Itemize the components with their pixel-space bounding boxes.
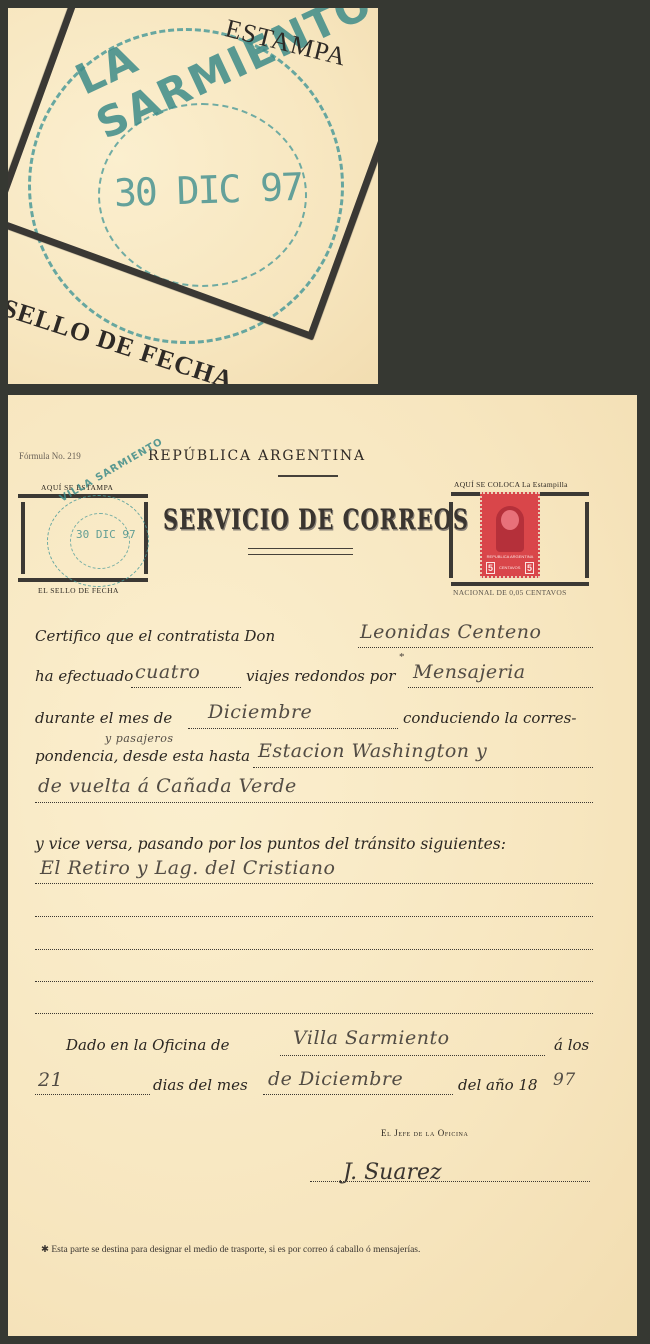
stamp-value-right: 5 bbox=[525, 562, 534, 574]
country-header: REPÚBLICA ARGENTINA bbox=[148, 448, 366, 464]
trip-count: cuatro bbox=[135, 661, 200, 683]
signature: J. Suarez bbox=[343, 1160, 442, 1185]
line-pondencia: pondencia, desde esta hasta bbox=[35, 747, 250, 765]
double-divider bbox=[248, 548, 353, 555]
line-del-ano: del año 18 bbox=[458, 1076, 538, 1094]
postage-box-label-top: AQUÍ SE COLOCA La Estampilla bbox=[454, 480, 568, 489]
stamp-country: REPUBLICA ARGENTINA bbox=[486, 554, 534, 559]
line-efectuado: ha efectuado bbox=[35, 667, 133, 685]
stamp-portrait-face bbox=[501, 510, 519, 530]
fill-line-trips bbox=[131, 687, 241, 688]
contractor-name: Leonidas Centeno bbox=[360, 621, 541, 643]
postmark-date: 30 DIC 97 bbox=[76, 528, 136, 541]
postage-box-label-bottom: NACIONAL DE 0,05 CENTAVOS bbox=[453, 588, 567, 597]
fill-line-day bbox=[35, 1094, 150, 1095]
transit-points: El Retiro y Lag. del Cristiano bbox=[40, 857, 335, 879]
destination-value: Estacion Washington y bbox=[258, 740, 487, 762]
service-title: SERVICIO DE CORREOS bbox=[163, 502, 469, 536]
fill-line-transit-5 bbox=[35, 1013, 593, 1014]
transport-mode: Mensajeria bbox=[413, 661, 526, 683]
postmark-inner-ring bbox=[70, 513, 130, 569]
postmark-detail-inset: LA SARMIENTO 30 DIC 97 ESTAMPA SELLO DE … bbox=[8, 8, 378, 384]
date-stamp-label-bottom: EL SELLO DE FECHA bbox=[38, 586, 119, 595]
line-a-los: á los bbox=[554, 1036, 589, 1054]
signature-title: El Jefe de la Oficina bbox=[381, 1128, 468, 1138]
form-number: Fórmula No. 219 bbox=[19, 451, 81, 461]
month-value-2: de Diciembre bbox=[268, 1068, 403, 1090]
fill-line-destination bbox=[253, 767, 593, 768]
footnote: ✱ Esta parte se destina para designar el… bbox=[41, 1244, 420, 1255]
fill-line-transit-2 bbox=[35, 916, 593, 917]
fill-line-month-2 bbox=[263, 1094, 453, 1095]
fill-line-transport bbox=[408, 687, 593, 688]
line-viajes: viajes redondos por bbox=[246, 667, 395, 685]
insert-pasajeros: y pasajeros bbox=[105, 732, 173, 745]
office-name: Villa Sarmiento bbox=[293, 1027, 450, 1049]
line-dias-del-mes: dias del mes bbox=[153, 1076, 248, 1094]
fill-line-month bbox=[188, 728, 398, 729]
fill-line-return bbox=[35, 802, 593, 803]
return-route: de vuelta á Cañada Verde bbox=[38, 775, 297, 797]
postage-stamp: REPUBLICA ARGENTINA 5 CENTAVOS 5 bbox=[480, 492, 540, 578]
fill-line-office bbox=[280, 1055, 545, 1056]
divider bbox=[278, 475, 338, 477]
fill-line-contractor bbox=[358, 647, 593, 648]
month-value: Diciembre bbox=[208, 701, 312, 723]
line-durante: durante el mes de bbox=[35, 709, 172, 727]
year-value: 97 bbox=[553, 1070, 576, 1090]
line-vice-versa: y vice versa, pasando por los puntos del… bbox=[35, 835, 506, 853]
stamp-denomination: CENTAVOS bbox=[499, 565, 520, 570]
fill-line-transit-4 bbox=[35, 981, 593, 982]
fill-line-transit-3 bbox=[35, 949, 593, 950]
fill-line-transit-1 bbox=[35, 883, 593, 884]
line-certifico: Certifico que el contratista Don bbox=[35, 627, 275, 645]
line-dado-en: Dado en la Oficina de bbox=[66, 1036, 230, 1054]
day-value: 21 bbox=[38, 1069, 63, 1091]
line-conduciendo: conduciendo la corres- bbox=[403, 709, 576, 727]
stamp-value-left: 5 bbox=[486, 562, 495, 574]
postal-service-certificate: Fórmula No. 219 REPÚBLICA ARGENTINA SERV… bbox=[8, 395, 637, 1336]
asterisk-mark: * bbox=[399, 651, 405, 663]
